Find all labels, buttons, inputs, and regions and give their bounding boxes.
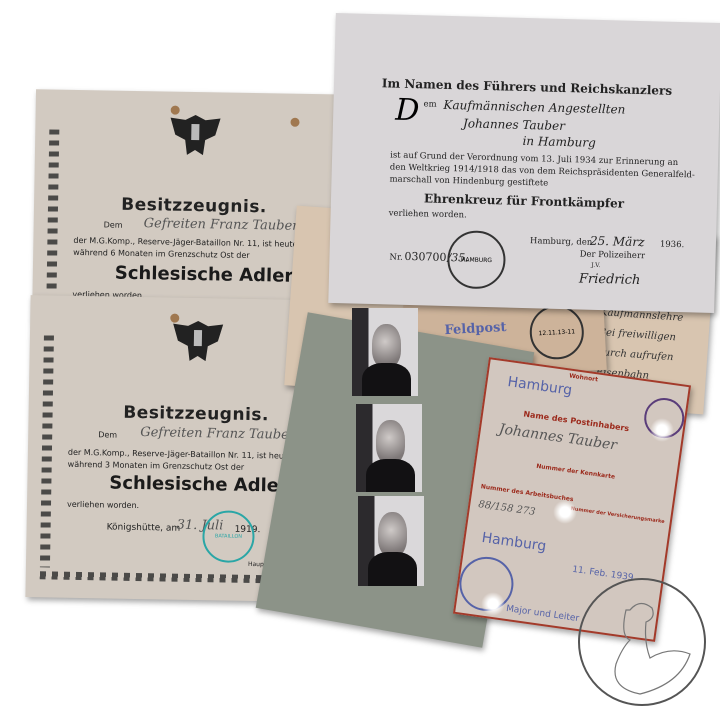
flash-glare <box>650 418 674 442</box>
dem-label: Dem <box>98 430 117 439</box>
feldpost-label: Feldpost <box>444 320 507 338</box>
body-line-2: während 6 Monaten im Grenzschutz Ost der <box>73 248 250 260</box>
handwriting-line: durch aufrufen <box>597 347 674 363</box>
decorative-border <box>40 335 54 567</box>
number-label: Nummer der Kennkarte <box>536 463 616 481</box>
heading: Im Namen des Führers und Reichskanzlers <box>334 75 720 99</box>
ehrenkreuz-certificate: Im Namen des Führers und Reichskanzlers … <box>328 13 720 313</box>
number-label: Nr. <box>389 252 403 262</box>
iv-label: J.V. <box>591 262 600 269</box>
flash-glare <box>481 592 505 616</box>
eagle-emblem-icon <box>167 315 228 366</box>
flash-glare <box>553 500 577 524</box>
signature-title: Major und Leiter <box>505 604 579 624</box>
portrait-photo <box>356 404 422 492</box>
stamp-text: HAMBURG <box>461 256 492 264</box>
other-label: Nummer der Versicherungsmarke <box>570 506 665 525</box>
authority: Der Polizeiherr <box>579 249 645 261</box>
place-date-label: Königshütte, am <box>107 522 181 533</box>
recipient-line-2: Johannes Tauber <box>463 116 565 133</box>
place: Hamburg <box>481 530 548 555</box>
handwriting-line: Bei freiwilligen <box>598 327 676 343</box>
recipient-name: Gefreiten Franz Tauber <box>140 425 295 443</box>
top-field: Hamburg <box>507 374 574 399</box>
battalion-stamp: BATAILLON <box>202 510 255 563</box>
postmark: 12.11.13-11 <box>528 304 585 361</box>
certificate-number: 030700 <box>404 250 446 264</box>
dem-initial: D <box>395 93 420 129</box>
footer-text: verliehen worden. <box>67 500 139 510</box>
recipient-line-3: in Hamburg <box>522 134 596 150</box>
portrait-photo <box>352 308 418 396</box>
date-handwritten: 25. März <box>590 234 645 249</box>
signature: Friedrich <box>579 271 641 288</box>
body-line-3: marschall von Hindenburg gestiftete <box>389 174 548 188</box>
recipient-line-1: Kaufmännischen Angestellten <box>443 98 625 117</box>
body-line-2: während 3 Monaten im Grenzschutz Ost der <box>68 460 245 472</box>
postmark-date: 12.11.13-11 <box>538 328 575 337</box>
dem-label: Dem <box>104 220 123 229</box>
place-label: Hamburg, den <box>530 236 593 248</box>
watermark-logo <box>578 578 706 706</box>
dem-rest: em <box>423 99 436 109</box>
stamp-text: BATAILLON <box>215 533 242 539</box>
duck-illustration-icon <box>580 580 704 704</box>
top-label: Wohnort <box>569 372 599 383</box>
recipient-name: Gefreiten Franz Tauber <box>144 216 299 234</box>
eagle-emblem-icon <box>165 109 226 160</box>
portrait-photo <box>358 496 424 586</box>
verliehen-text: verliehen worden. <box>389 208 467 220</box>
polizeibehoerde-stamp: HAMBURG <box>447 230 506 289</box>
year: 1936. <box>660 240 685 251</box>
workbook-value: 88/158 273 <box>478 499 536 518</box>
punch-hole <box>290 118 299 127</box>
